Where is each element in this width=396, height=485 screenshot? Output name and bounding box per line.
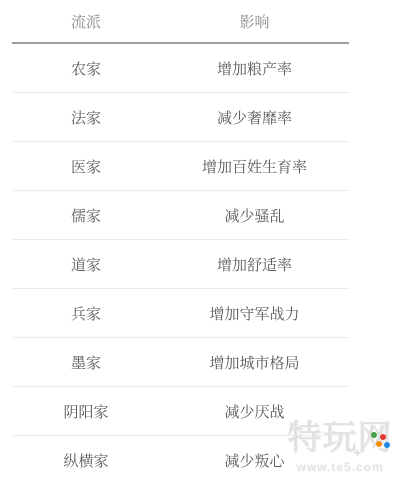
school-cell: 墨家 — [12, 338, 160, 387]
school-cell: 道家 — [12, 240, 160, 289]
effect-cell: 增加城市格局 — [160, 338, 349, 387]
school-cell: 农家 — [12, 43, 160, 93]
table-row: 医家 增加百姓生育率 — [12, 142, 349, 191]
school-cell: 纵横家 — [12, 436, 160, 485]
table-row: 兵家 增加守军战力 — [12, 289, 349, 338]
column-header-school: 流派 — [12, 0, 160, 43]
table-row: 道家 增加舒适率 — [12, 240, 349, 289]
effect-cell: 减少厌战 — [160, 387, 349, 436]
column-header-effect: 影响 — [160, 0, 349, 43]
table-row: 儒家 减少骚乱 — [12, 191, 349, 240]
effect-cell: 增加舒适率 — [160, 240, 349, 289]
school-cell: 医家 — [12, 142, 160, 191]
school-effects-table: 流派 影响 农家 增加粮产率 法家 减少奢靡率 医家 增加百姓生育率 儒家 减少… — [12, 0, 349, 484]
school-cell: 兵家 — [12, 289, 160, 338]
gamepad-button-red-icon — [380, 434, 386, 440]
effect-cell: 减少骚乱 — [160, 191, 349, 240]
effect-cell: 增加粮产率 — [160, 43, 349, 93]
effect-cell: 增加百姓生育率 — [160, 142, 349, 191]
gamepad-dpad-icon: + — [354, 433, 362, 473]
effect-cell: 减少奢靡率 — [160, 93, 349, 142]
table-row: 纵横家 减少叛心 — [12, 436, 349, 485]
table-row: 墨家 增加城市格局 — [12, 338, 349, 387]
table-row: 阴阳家 减少厌战 — [12, 387, 349, 436]
gamepad-button-green-icon — [371, 432, 377, 438]
effect-cell: 减少叛心 — [160, 436, 349, 485]
table-row: 农家 增加粮产率 — [12, 43, 349, 93]
school-cell: 法家 — [12, 93, 160, 142]
table-row: 法家 减少奢靡率 — [12, 93, 349, 142]
table-header-row: 流派 影响 — [12, 0, 349, 43]
school-cell: 儒家 — [12, 191, 160, 240]
gamepad-button-orange-icon — [376, 441, 382, 447]
school-cell: 阴阳家 — [12, 387, 160, 436]
effect-cell: 增加守军战力 — [160, 289, 349, 338]
gamepad-button-blue-icon — [384, 442, 390, 448]
